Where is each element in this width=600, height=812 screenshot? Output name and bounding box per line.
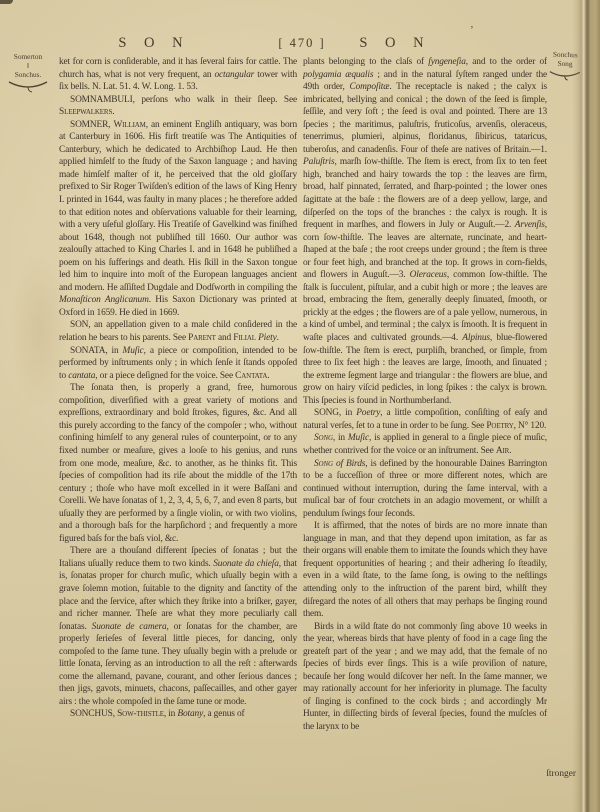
- text-column-right: plants belonging to the claſs of ſyngene…: [303, 56, 547, 785]
- paragraph: ket for corn is conſiderable, and it has…: [59, 56, 297, 94]
- paragraph: SONCHUS, Sow-thistle, in Botany, a genus…: [59, 708, 297, 721]
- brace-icon: [7, 80, 49, 93]
- page-corner-shadow: [0, 0, 13, 4]
- paragraph: Song, in Muſic, is applied in general to…: [303, 432, 547, 457]
- paragraph: SOMNER, William, an eminent Engliſh anti…: [59, 119, 297, 320]
- margin-note-left: Somerton ‖ Sonchus.: [3, 53, 53, 93]
- running-title-left: S O N: [94, 35, 214, 52]
- page-gutter-shadow: [572, 0, 600, 812]
- running-title-right: S O N: [336, 35, 454, 52]
- paragraph: Birds in a wild ſtate do not commonly ſi…: [303, 621, 547, 734]
- paragraph: The ſonata then, is properly a grand, fr…: [59, 382, 297, 545]
- paragraph: Song of Birds, is defined by the honoura…: [303, 458, 547, 521]
- catchword: ſtronger: [470, 769, 576, 779]
- margin-note-line: Sonchus.: [3, 71, 53, 80]
- paragraph: SONG, in Poetry, a little compoſition, c…: [303, 407, 547, 432]
- paragraph: SOMNAMBULI, perſons who walk in their ſl…: [59, 94, 297, 119]
- paragraph: There are a thouſand different ſpecies o…: [59, 545, 297, 708]
- ink-speck: ’: [470, 24, 474, 36]
- paragraph: SONATA, in Muſic, a piece or compoſition…: [59, 345, 297, 383]
- text-column-left: ket for corn is conſiderable, and it has…: [59, 56, 297, 785]
- paragraph: SON, an appellation given to a male chil…: [59, 319, 297, 344]
- paragraph: It is affirmed, that the notes of birds …: [303, 520, 547, 620]
- book-page: S O N [ 470 ] S O N ’ Somerton ‖ Sonchus…: [0, 0, 600, 812]
- paragraph: plants belonging to the claſs of ſyngene…: [303, 56, 547, 407]
